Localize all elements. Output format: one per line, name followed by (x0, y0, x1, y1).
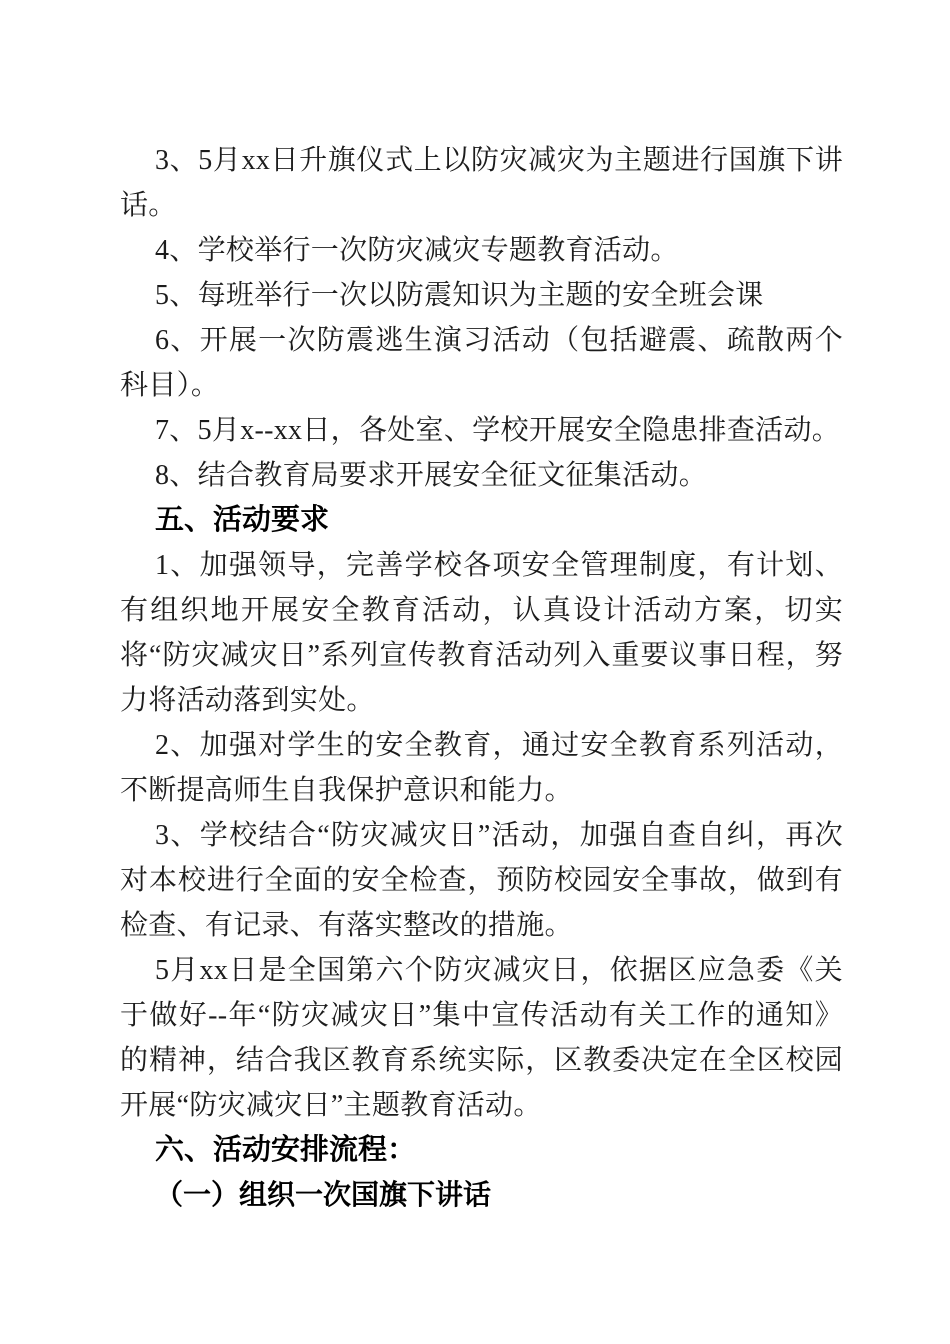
document-page: 3、5月xx日升旗仪式上以防灾减灾为主题进行国旗下讲话。4、学校举行一次防灾减灾… (0, 0, 950, 1344)
paragraph: 7、5月x--xx日，各处室、学校开展安全隐患排查活动。 (120, 408, 843, 453)
document-content: 3、5月xx日升旗仪式上以防灾减灾为主题进行国旗下讲话。4、学校举行一次防灾减灾… (120, 138, 843, 1218)
paragraph: 5、每班举行一次以防震知识为主题的安全班会课 (120, 273, 843, 318)
paragraph: 3、学校结合“防灾减灾日”活动，加强自查自纠，再次对本校进行全面的安全检查，预防… (120, 813, 843, 948)
paragraph: 1、加强领导，完善学校各项安全管理制度，有计划、有组织地开展安全教育活动，认真设… (120, 543, 843, 723)
paragraph: 2、加强对学生的安全教育，通过安全教育系列活动，不断提高师生自我保护意识和能力。 (120, 723, 843, 813)
section-heading: 六、活动安排流程： (120, 1128, 843, 1173)
section-heading: 五、活动要求 (120, 498, 843, 543)
paragraph: 4、学校举行一次防灾减灾专题教育活动。 (120, 228, 843, 273)
sub-heading: （一）组织一次国旗下讲话 (120, 1173, 843, 1218)
paragraph: 8、结合教育局要求开展安全征文征集活动。 (120, 453, 843, 498)
paragraph: 5月xx日是全国第六个防灾减灾日，依据区应急委《关于做好--年“防灾减灾日”集中… (120, 948, 843, 1128)
paragraph: 3、5月xx日升旗仪式上以防灾减灾为主题进行国旗下讲话。 (120, 138, 843, 228)
paragraph: 6、开展一次防震逃生演习活动（包括避震、疏散两个科目）。 (120, 318, 843, 408)
